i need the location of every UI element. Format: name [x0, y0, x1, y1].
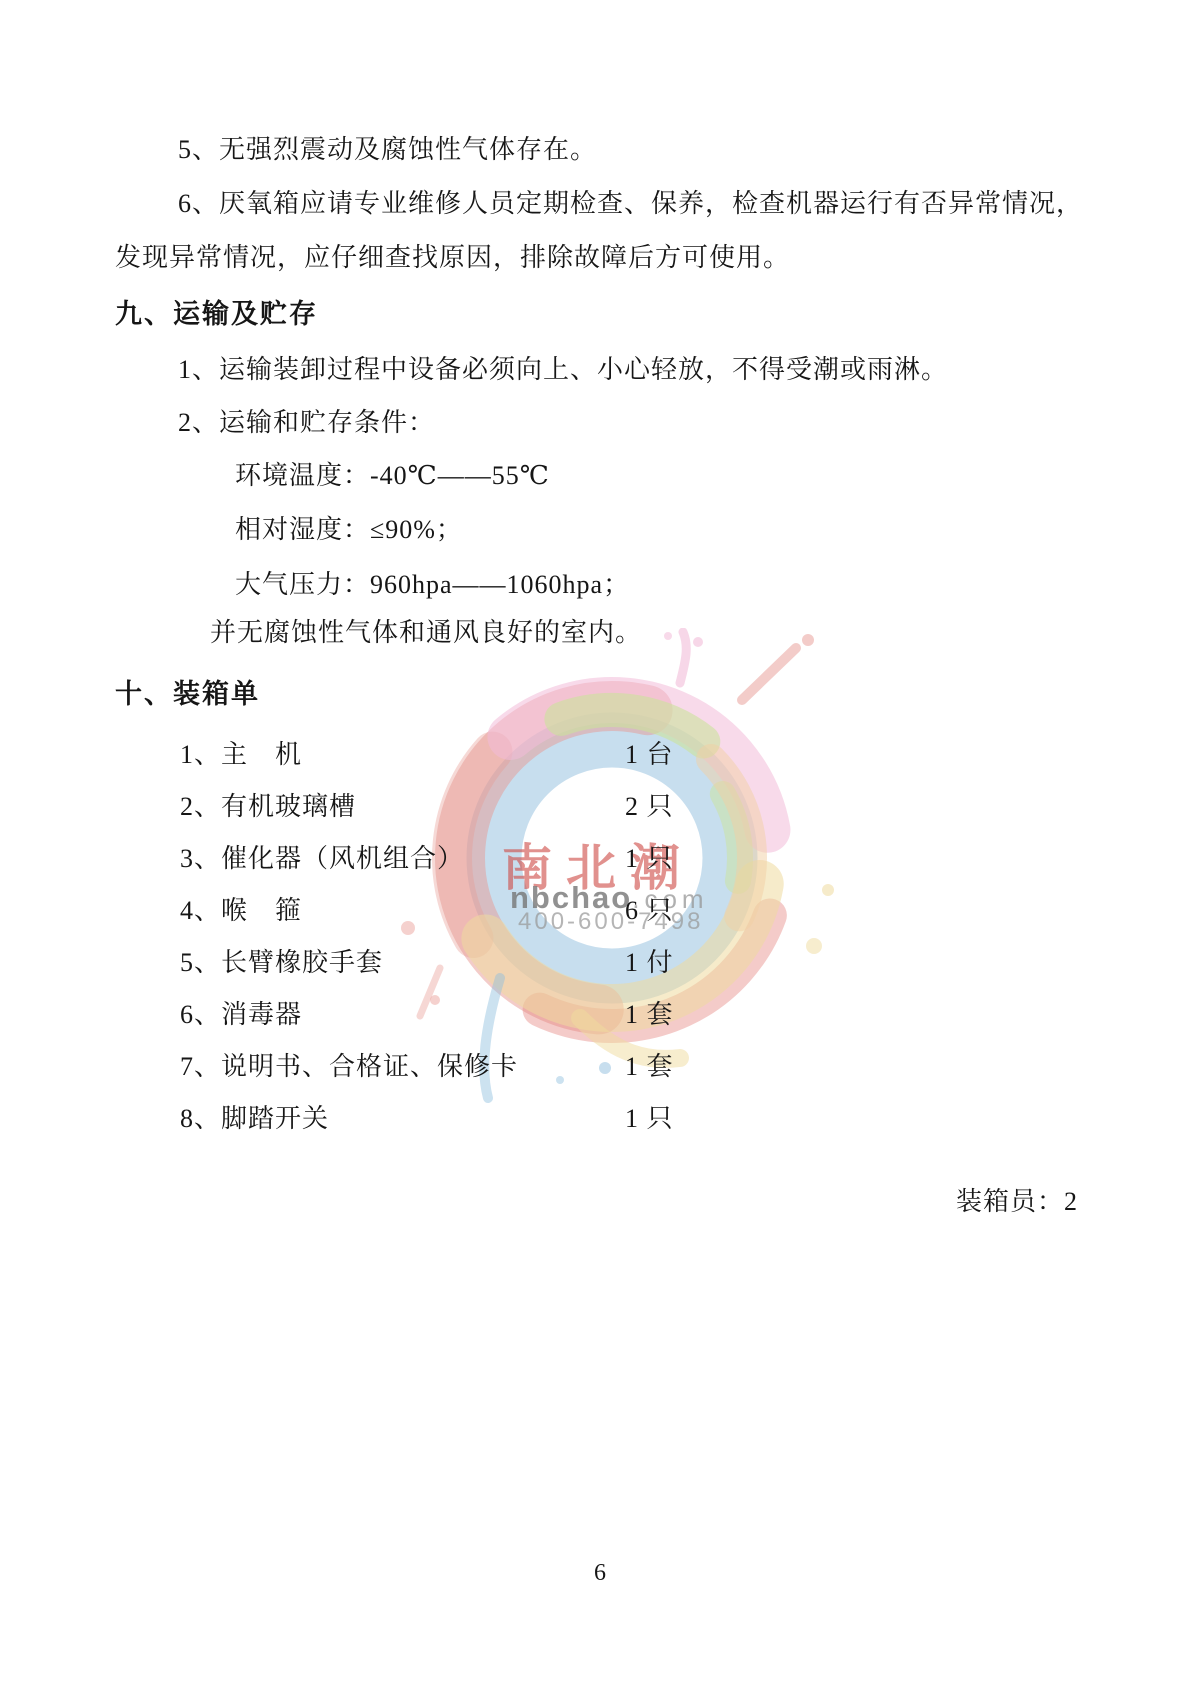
packing-item-qty: 1 只: [625, 1102, 674, 1136]
document-content: 5、无强烈震动及腐蚀性气体存在。 6、厌氧箱应请专业维修人员定期检查、保养，检查…: [0, 0, 1200, 1695]
section-10-heading: 十、装箱单: [115, 677, 260, 711]
condition-humidity: 相对湿度：≤90%；: [235, 513, 463, 547]
packing-item-label: 6、消毒器: [180, 998, 302, 1032]
section-9-heading: 九、运输及贮存: [115, 297, 318, 331]
packing-item-label: 4、喉 箍: [180, 894, 302, 928]
packing-item-label: 8、脚踏开关: [180, 1102, 329, 1136]
packing-item-qty: 1 套: [625, 998, 674, 1032]
packing-item-label: 1、主 机: [180, 738, 302, 772]
packing-item-label: 3、催化器（风机组合）: [180, 842, 464, 876]
packing-item-qty: 1 付: [625, 946, 674, 980]
condition-temperature: 环境温度：-40℃——55℃: [235, 459, 550, 493]
packing-item-qty: 6 只: [625, 894, 674, 928]
packing-item-qty: 1 套: [625, 1050, 674, 1084]
paragraph-6-line2: 发现异常情况，应仔细查找原因，排除故障后方可使用。: [115, 241, 790, 275]
packing-item-label: 7、说明书、合格证、保修卡: [180, 1050, 518, 1084]
document-page: 南北潮 nbchao.com 400-600-7498 5、无强烈震动及腐蚀性气…: [0, 0, 1200, 1695]
packing-item-qty: 2 只: [625, 790, 674, 824]
packing-item-qty: 1 只: [625, 842, 674, 876]
page-number: 6: [0, 1556, 1200, 1590]
paragraph-6-line1: 6、厌氧箱应请专业维修人员定期检查、保养，检查机器运行有否异常情况，: [178, 187, 1083, 221]
paragraph-5: 5、无强烈震动及腐蚀性气体存在。: [178, 133, 597, 167]
packer-signature: 装箱员：2: [956, 1185, 1078, 1219]
condition-pressure: 大气压力：960hpa——1060hpa；: [235, 568, 630, 602]
section-9-item-1: 1、运输装卸过程中设备必须向上、小心轻放，不得受潮或雨淋。: [178, 353, 948, 387]
condition-note: 并无腐蚀性气体和通风良好的室内。: [210, 616, 642, 650]
packing-item-label: 2、有机玻璃槽: [180, 790, 356, 824]
packing-item-label: 5、长臂橡胶手套: [180, 946, 383, 980]
section-9-item-2: 2、运输和贮存条件：: [178, 406, 435, 440]
packing-item-qty: 1 台: [625, 738, 674, 772]
